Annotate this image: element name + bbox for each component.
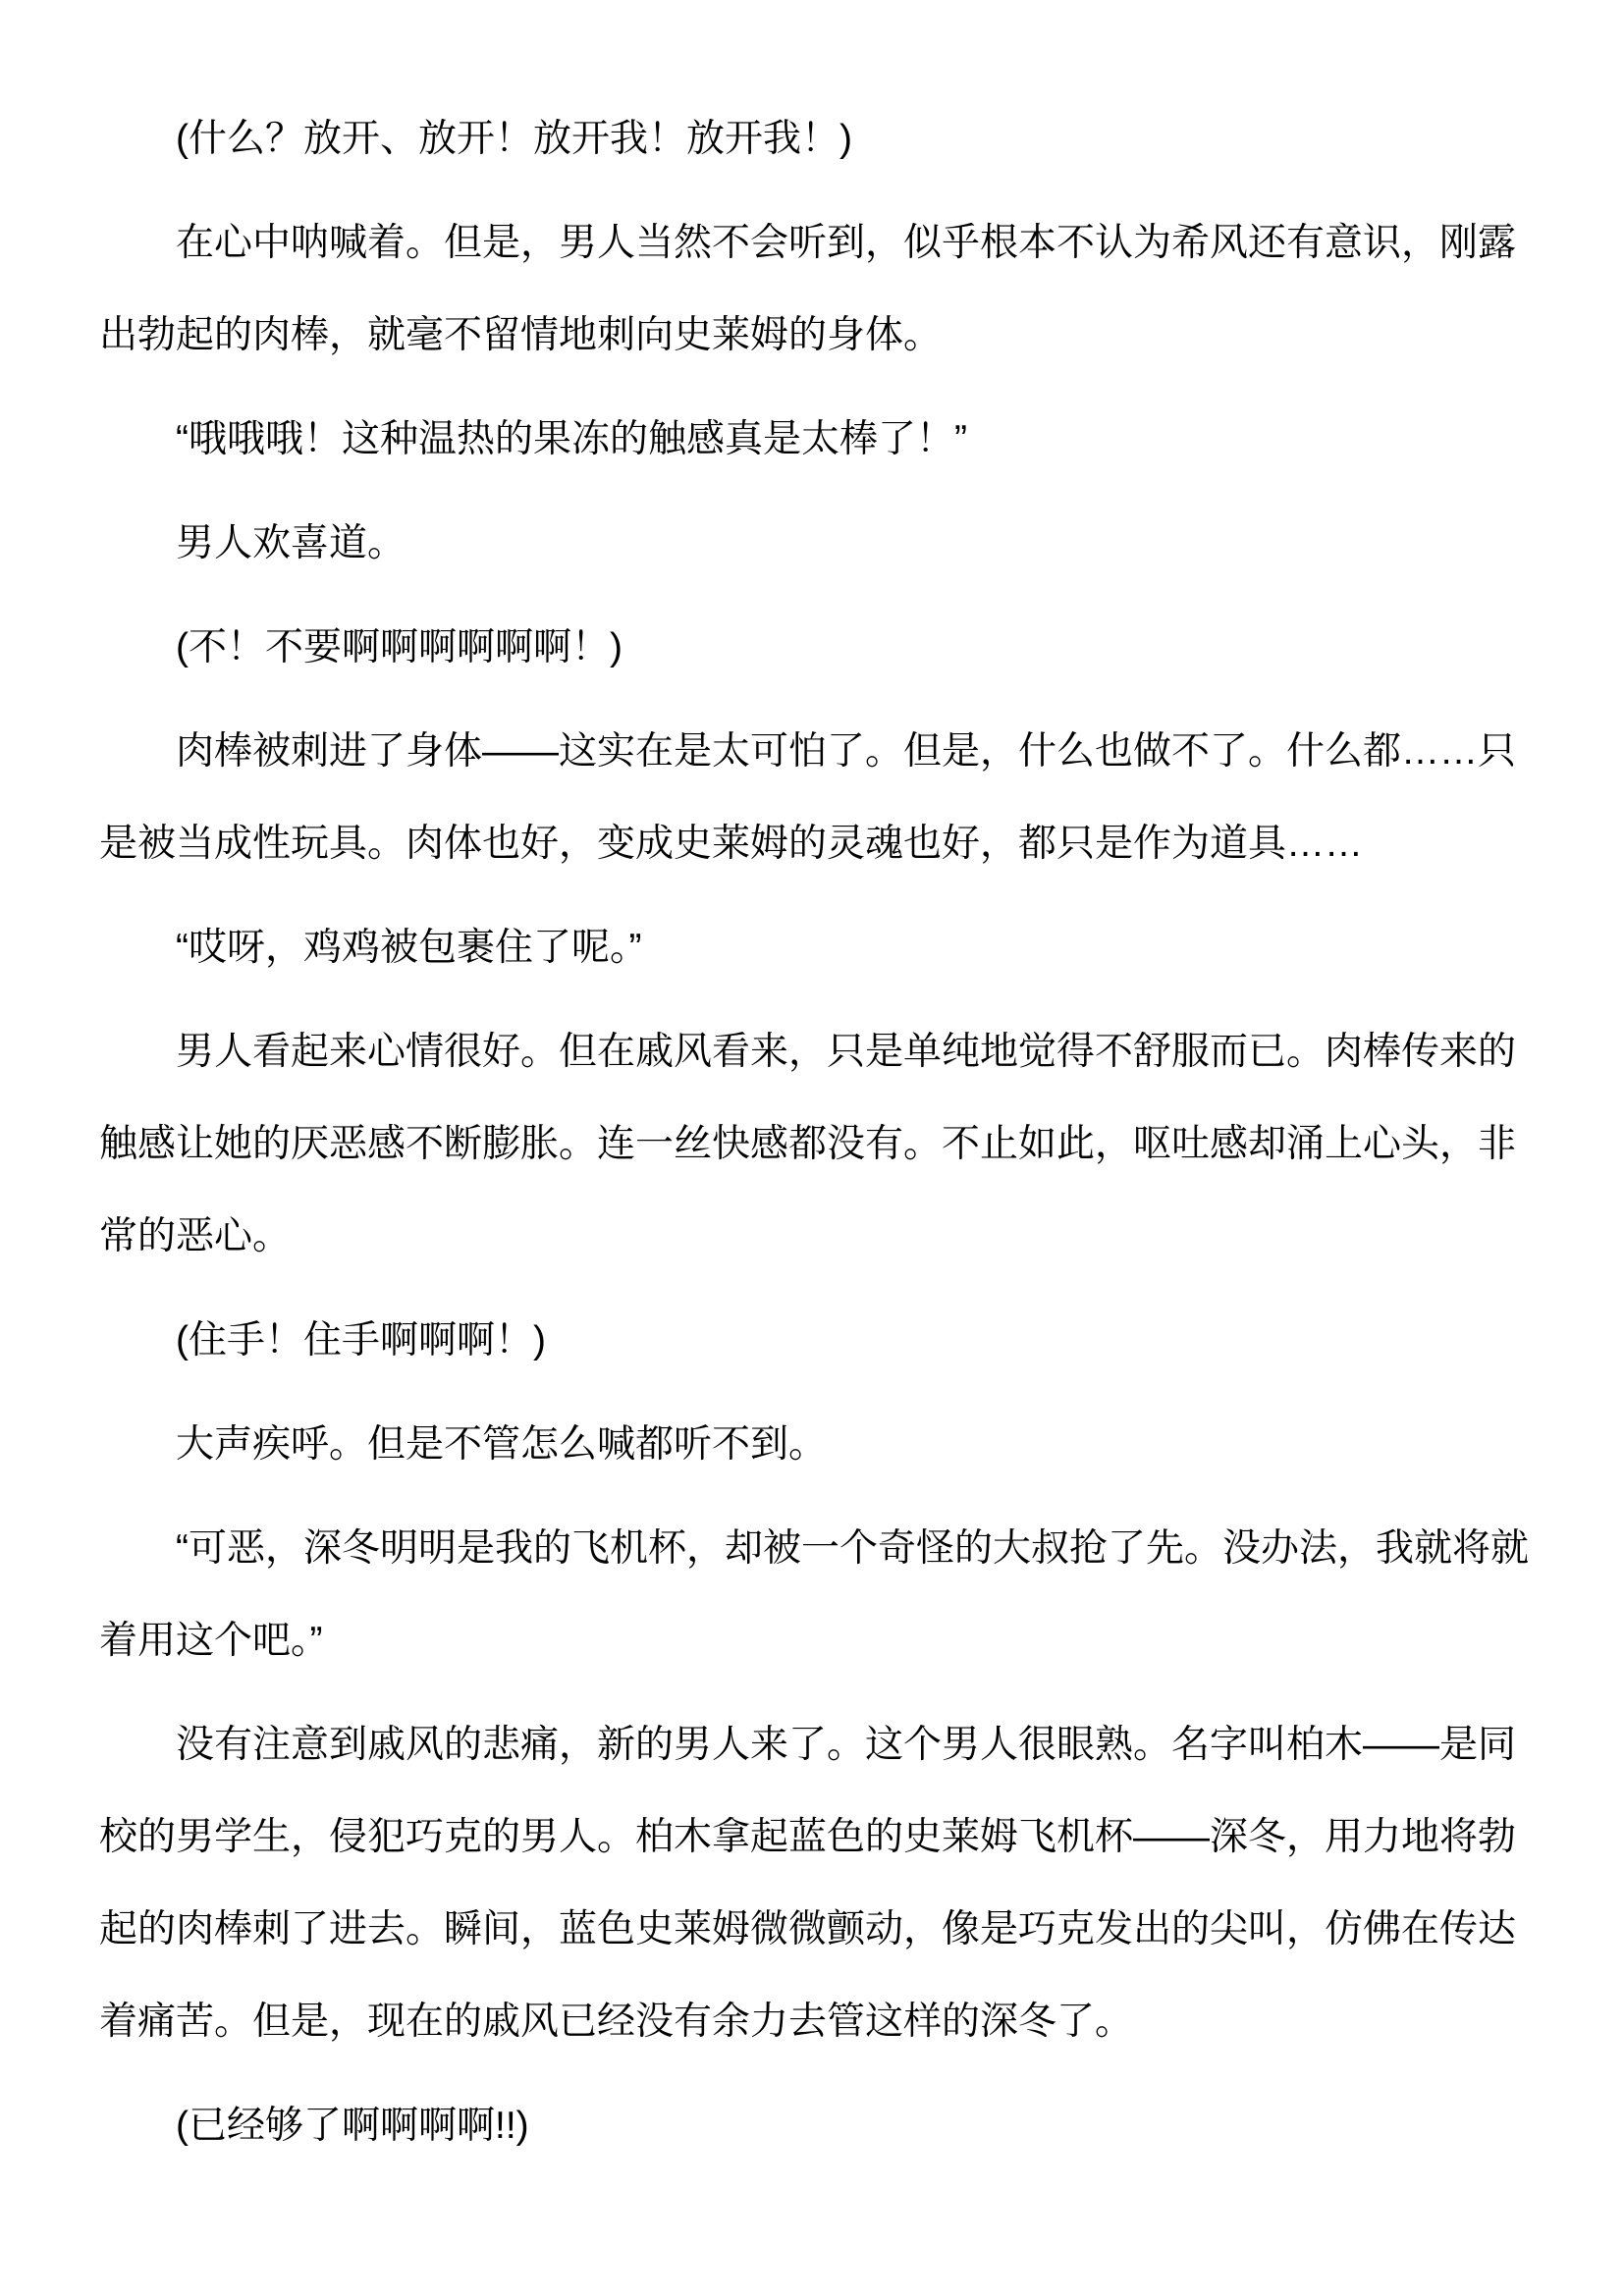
paragraph: (不！不要啊啊啊啊啊啊！) — [99, 602, 1516, 694]
text-line: 校的男学生，侵犯巧克的男人。柏木拿起蓝色的史莱姆飞机杯——深冬，用力地将勃 — [99, 1791, 1516, 1884]
text-line: 没有注意到戚风的悲痛，新的男人来了。这个男人很眼熟。名字叫柏木——是同 — [99, 1699, 1516, 1791]
document-page: (什么？放开、放开！放开我！放开我！)在心中呐喊着。但是，男人当然不会听到，似乎… — [0, 0, 1624, 2296]
text-line: 男人看起来心情很好。但在戚风看来，只是单纯地觉得不舒服而已。肉棒传来的 — [99, 1006, 1516, 1098]
text-line: 在心中呐喊着。但是，男人当然不会听到，似乎根本不认为希风还有意识，刚露 — [99, 197, 1516, 290]
paragraph: (什么？放开、放开！放开我！放开我！) — [99, 93, 1516, 186]
text-line: (已经够了啊啊啊啊!!) — [99, 2080, 1516, 2172]
paragraph: 在心中呐喊着。但是，男人当然不会听到，似乎根本不认为希风还有意识，刚露出勃起的肉… — [99, 197, 1516, 382]
text-line: (住手！住手啊啊啊！) — [99, 1295, 1516, 1387]
paragraph: 男人看起来心情很好。但在戚风看来，只是单纯地觉得不舒服而已。肉棒传来的触感让她的… — [99, 1006, 1516, 1283]
text-line: 出勃起的肉棒，就毫不留情地刺向史莱姆的身体。 — [99, 290, 1516, 382]
text-line: 着痛苦。但是，现在的戚风已经没有余力去管这样的深冬了。 — [99, 1976, 1516, 2068]
text-line: 触感让她的厌恶感不断膨胀。连一丝快感都没有。不止如此，呕吐感却涌上心头，非 — [99, 1098, 1516, 1191]
paragraph: 没有注意到戚风的悲痛，新的男人来了。这个男人很眼熟。名字叫柏木——是同校的男学生… — [99, 1699, 1516, 2068]
text-line: 着用这个吧。” — [99, 1595, 1516, 1687]
text-line: 常的恶心。 — [99, 1191, 1516, 1283]
paragraph: 肉棒被刺进了身体——这实在是太可怕了。但是，什么也做不了。什么都……只是被当成性… — [99, 706, 1516, 890]
paragraph: 大声疾呼。但是不管怎么喊都听不到。 — [99, 1399, 1516, 1491]
paragraph: “哎呀，鸡鸡被包裹住了呢。” — [99, 902, 1516, 994]
text-line: 大声疾呼。但是不管怎么喊都听不到。 — [99, 1399, 1516, 1491]
text-line: “哦哦哦！这种温热的果冻的触感真是太棒了！” — [99, 394, 1516, 486]
text-line: “可恶，深冬明明是我的飞机杯，却被一个奇怪的大叔抢了先。没办法，我就将就 — [99, 1503, 1516, 1595]
paragraph: (已经够了啊啊啊啊!!) — [99, 2080, 1516, 2172]
text-line: 起的肉棒刺了进去。瞬间，蓝色史莱姆微微颤动，像是巧克发出的尖叫，仿佛在传达 — [99, 1884, 1516, 1976]
text-line: 是被当成性玩具。肉体也好，变成史莱姆的灵魂也好，都只是作为道具…… — [99, 798, 1516, 890]
paragraph: 男人欢喜道。 — [99, 498, 1516, 590]
text-line: “哎呀，鸡鸡被包裹住了呢。” — [99, 902, 1516, 994]
text-line: (不！不要啊啊啊啊啊啊！) — [99, 602, 1516, 694]
text-line: (什么？放开、放开！放开我！放开我！) — [99, 93, 1516, 186]
paragraph: (住手！住手啊啊啊！) — [99, 1295, 1516, 1387]
text-line: 男人欢喜道。 — [99, 498, 1516, 590]
text-line: 肉棒被刺进了身体——这实在是太可怕了。但是，什么也做不了。什么都……只 — [99, 706, 1516, 798]
paragraph: “可恶，深冬明明是我的飞机杯，却被一个奇怪的大叔抢了先。没办法，我就将就着用这个… — [99, 1503, 1516, 1687]
paragraph: “哦哦哦！这种温热的果冻的触感真是太棒了！” — [99, 394, 1516, 486]
